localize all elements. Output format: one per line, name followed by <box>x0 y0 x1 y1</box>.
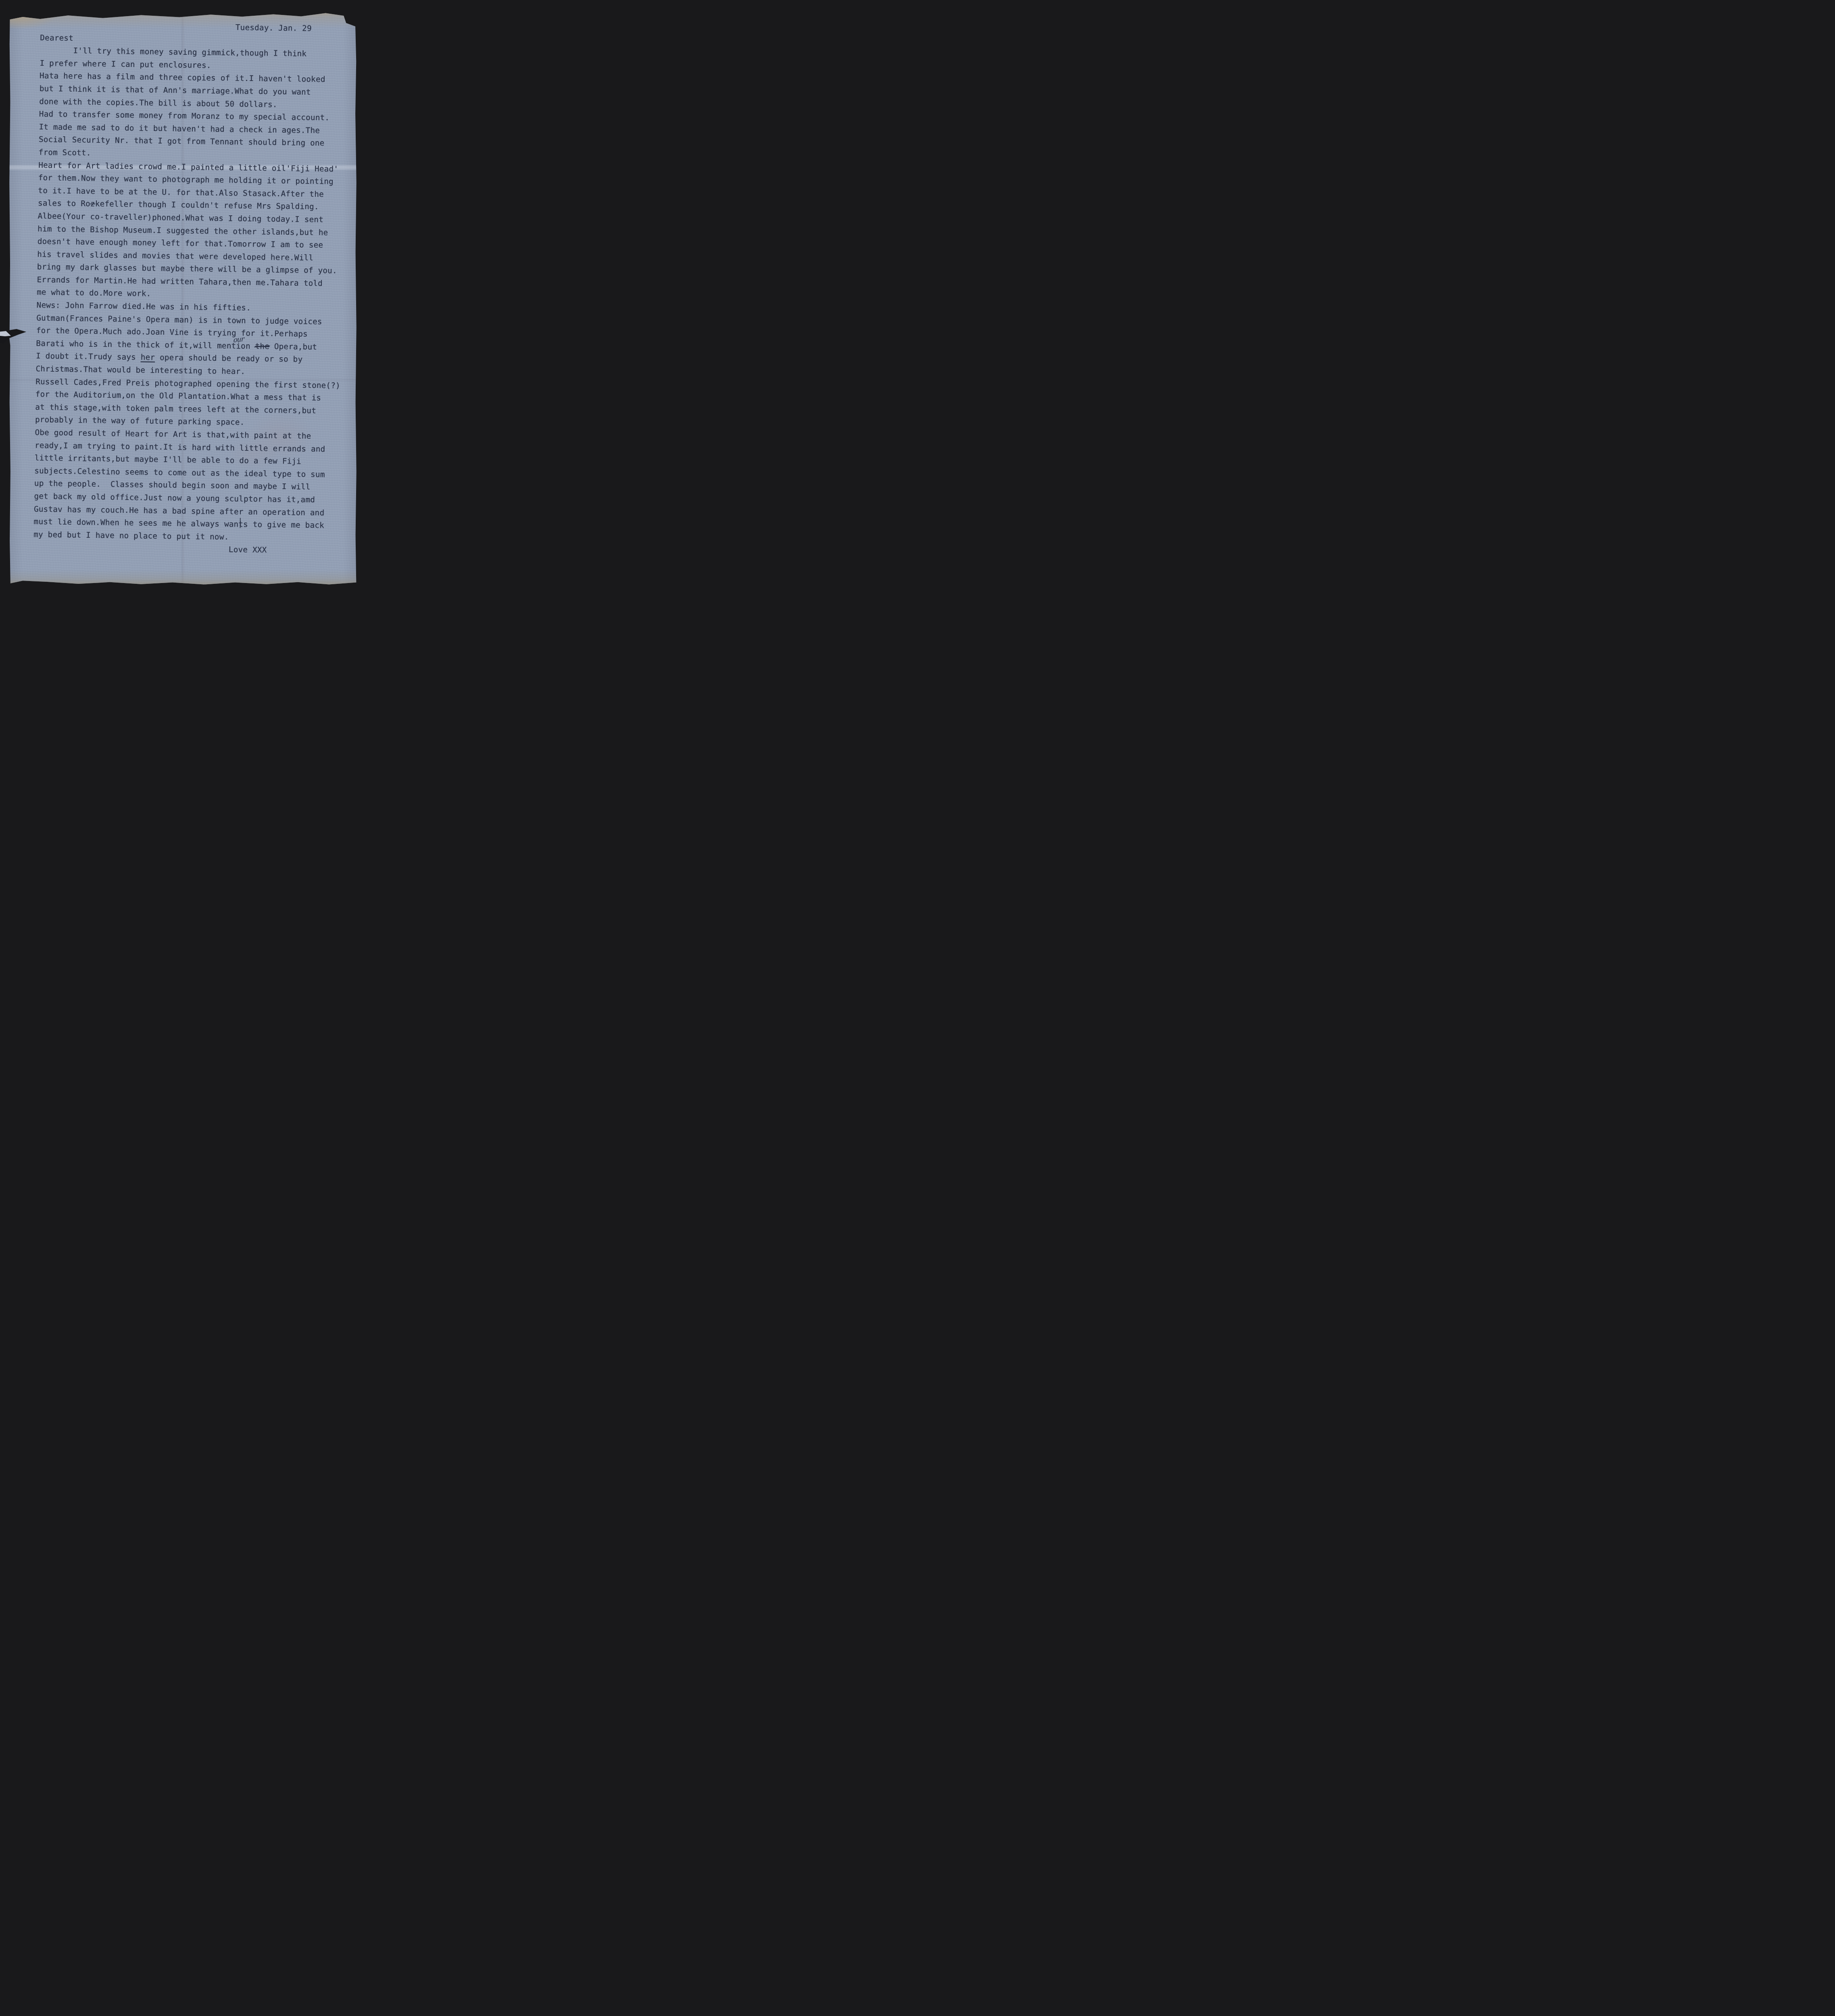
line-segment: Opera,but <box>269 342 317 352</box>
letter-text: Tuesday. Jan. 29Dearest I'll try this mo… <box>33 19 345 558</box>
line-segment: Barati who is in the thick of it,will me… <box>36 339 255 351</box>
line-segment: kefeller though I couldn't refuse Mrs Sp… <box>95 199 319 211</box>
line-segment: I doubt it.Trudy says <box>36 351 141 362</box>
line-segment: opera should be ready or so by <box>155 353 302 364</box>
underlined-word: her <box>141 353 155 362</box>
overtyped-char: z <box>90 199 95 208</box>
paper-sheet: Tuesday. Jan. 29Dearest I'll try this mo… <box>9 10 357 587</box>
left-edge-tear-shadow <box>0 336 10 344</box>
scanned-letter-photo: { "colors": { "background": "#19191b", "… <box>0 0 367 601</box>
line-segment: must lie down.When he sees me he always … <box>34 517 239 529</box>
struck-word: the <box>255 342 269 351</box>
overstruck-t: t <box>238 520 243 529</box>
handwritten-correction: our <box>233 333 244 347</box>
line-segment: s to give me back <box>243 520 324 530</box>
line-segment: sales to Ro <box>38 198 90 208</box>
